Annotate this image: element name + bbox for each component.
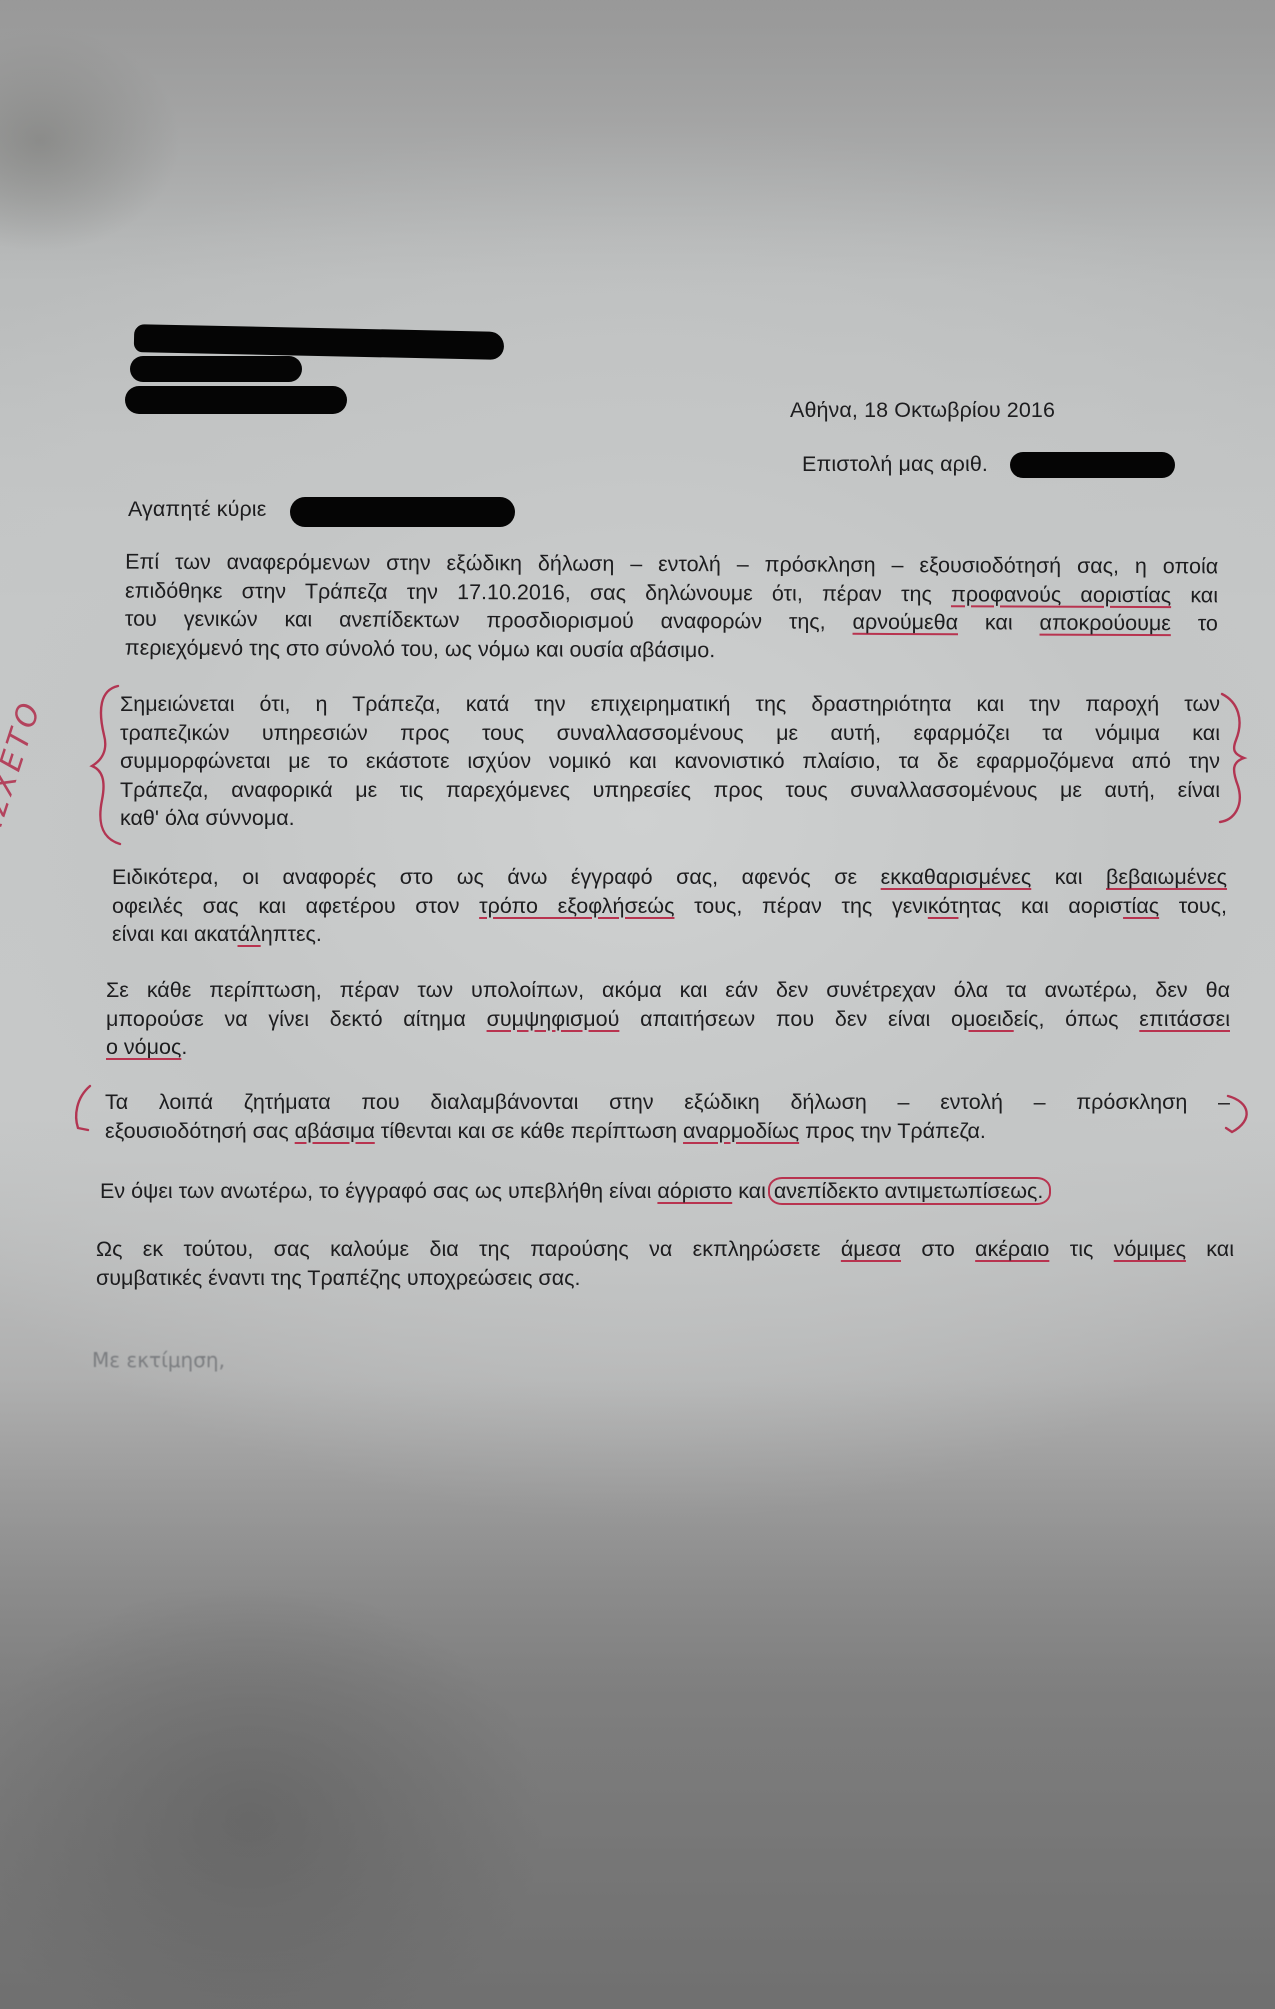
paragraph-line: τραπεζικών υπηρεσιών προς τους συναλλασσ… bbox=[120, 719, 1220, 748]
paragraph-line: καθ' όλα σύννομα. bbox=[120, 804, 1220, 833]
paragraph-line: Επί των αναφερόμενων στην εξώδικη δήλωση… bbox=[125, 548, 1218, 581]
paragraph-line: συμβατικές έναντι της Τραπέζης υποχρεώσε… bbox=[96, 1264, 1234, 1293]
right-brace-annotation bbox=[1218, 690, 1258, 830]
salutation: Αγαπητέ κύριε bbox=[128, 495, 266, 523]
red-underline-annotation: αβάσιμα bbox=[295, 1119, 375, 1143]
red-underline-annotation: τίας bbox=[1123, 894, 1159, 918]
paragraph-line: του γενικών και ανεπίδεκτων προσδιορισμο… bbox=[125, 605, 1218, 638]
redacted-sender-line-1 bbox=[134, 324, 505, 360]
red-circle-annotation: ανεπίδεκτο αντιμετωπίσεως. bbox=[768, 1177, 1051, 1205]
left-paren-annotation bbox=[68, 1082, 98, 1142]
paragraph-line: Τράπεζα, αναφορικά με τις παρεχόμενες υπ… bbox=[120, 776, 1220, 805]
place-date: Αθήνα, 18 Οκτωβρίου 2016 bbox=[790, 396, 1055, 424]
photo-shadow-top bbox=[0, 0, 1275, 280]
paragraph-6: Εν όψει των ανωτέρω, το έγγραφό σας ως υ… bbox=[100, 1177, 1230, 1206]
red-underline-annotation: άλ bbox=[238, 922, 261, 946]
red-underline-annotation: προφανούς αοριστίας bbox=[951, 582, 1171, 607]
paragraph-line: Εν όψει των ανωτέρω, το έγγραφό σας ως υ… bbox=[100, 1177, 1230, 1206]
red-underline-annotation: ο νόμος bbox=[106, 1035, 181, 1059]
redacted-reference-number bbox=[1010, 452, 1175, 478]
red-underline-annotation: ακέραιο bbox=[975, 1237, 1049, 1261]
paragraph-line: συμμορφώνεται με το εκάστοτε ισχύον νομι… bbox=[120, 747, 1220, 776]
red-underline-annotation: συμψηφισμού bbox=[487, 1007, 620, 1031]
paragraph-line: ο νόμος. bbox=[106, 1033, 1230, 1062]
red-underline-annotation: βεβαιωμένες bbox=[1106, 865, 1227, 889]
paragraph-line: Ειδικότερα, οι αναφορές στο ως άνω έγγρα… bbox=[112, 863, 1227, 892]
closing-salutation: Με εκτίμηση, bbox=[92, 1348, 225, 1372]
left-brace-annotation bbox=[80, 680, 130, 850]
redacted-sender-line-2 bbox=[130, 356, 302, 382]
paragraph-line: Σε κάθε περίπτωση, πέραν των υπολοίπων, … bbox=[106, 976, 1230, 1005]
red-underline-annotation: αόριστο bbox=[657, 1179, 732, 1203]
reference-label: Επιστολή μας αριθ. bbox=[802, 450, 988, 478]
paragraph-line: οφειλές σας και αφετέρου στον τρόπο εξοφ… bbox=[112, 892, 1227, 921]
red-underline-annotation: αρνούμεθα bbox=[853, 610, 959, 634]
red-underline-annotation: αποκρούουμε bbox=[1040, 611, 1171, 636]
right-paren-annotation bbox=[1222, 1092, 1262, 1142]
redacted-sender-line-3 bbox=[125, 386, 347, 414]
red-underline-annotation: άμεσα bbox=[841, 1237, 901, 1261]
paragraph-line: Σημειώνεται ότι, η Τράπεζα, κατά την επι… bbox=[120, 690, 1220, 719]
paragraph-3: Ειδικότερα, οι αναφορές στο ως άνω έγγρα… bbox=[112, 863, 1227, 949]
paragraph-7: Ως εκ τούτου, σας καλούμε δια της παρούσ… bbox=[96, 1235, 1234, 1292]
red-underline-annotation: κότ bbox=[928, 894, 959, 918]
red-underline-annotation: εκκαθαρισμένες bbox=[881, 865, 1032, 889]
paragraph-line: μπορούσε να γίνει δεκτό αίτημα συμψηφισμ… bbox=[106, 1005, 1230, 1034]
paragraph-line: περιεχόμενό της στο σύνολό του, ως νόμω … bbox=[125, 633, 1218, 666]
red-underline-annotation: αναρμοδίως bbox=[683, 1119, 799, 1143]
paragraph-line: είναι και ακατάληπτες. bbox=[112, 920, 1227, 949]
paragraph-4: Σε κάθε περίπτωση, πέραν των υπολοίπων, … bbox=[106, 976, 1230, 1062]
red-underline-annotation: επιτάσσει bbox=[1139, 1007, 1230, 1031]
red-underline-annotation: νόμιμες bbox=[1114, 1237, 1186, 1261]
paragraph-5: Τα λοιπά ζητήματα που διαλαμβάνονται στη… bbox=[105, 1088, 1230, 1145]
red-underline-annotation: τρόπο εξοφλήσεώς bbox=[479, 894, 674, 918]
paragraph-line: Ως εκ τούτου, σας καλούμε δια της παρούσ… bbox=[96, 1235, 1234, 1264]
paragraph-2: Σημειώνεται ότι, η Τράπεζα, κατά την επι… bbox=[120, 690, 1220, 833]
handwritten-margin-note: ΑΣΧΕΤΟ bbox=[0, 695, 49, 844]
redacted-recipient-name bbox=[290, 497, 515, 527]
paragraph-line: Τα λοιπά ζητήματα που διαλαμβάνονται στη… bbox=[105, 1088, 1230, 1117]
photo-blur-bottom bbox=[0, 1380, 1275, 2009]
red-underline-annotation: μοειδ bbox=[963, 1007, 1014, 1031]
paragraph-line: εξουσιοδότησή σας αβάσιμα τίθενται και σ… bbox=[105, 1117, 1230, 1146]
paragraph-1: Επί των αναφερόμενων στην εξώδικη δήλωση… bbox=[125, 548, 1218, 667]
